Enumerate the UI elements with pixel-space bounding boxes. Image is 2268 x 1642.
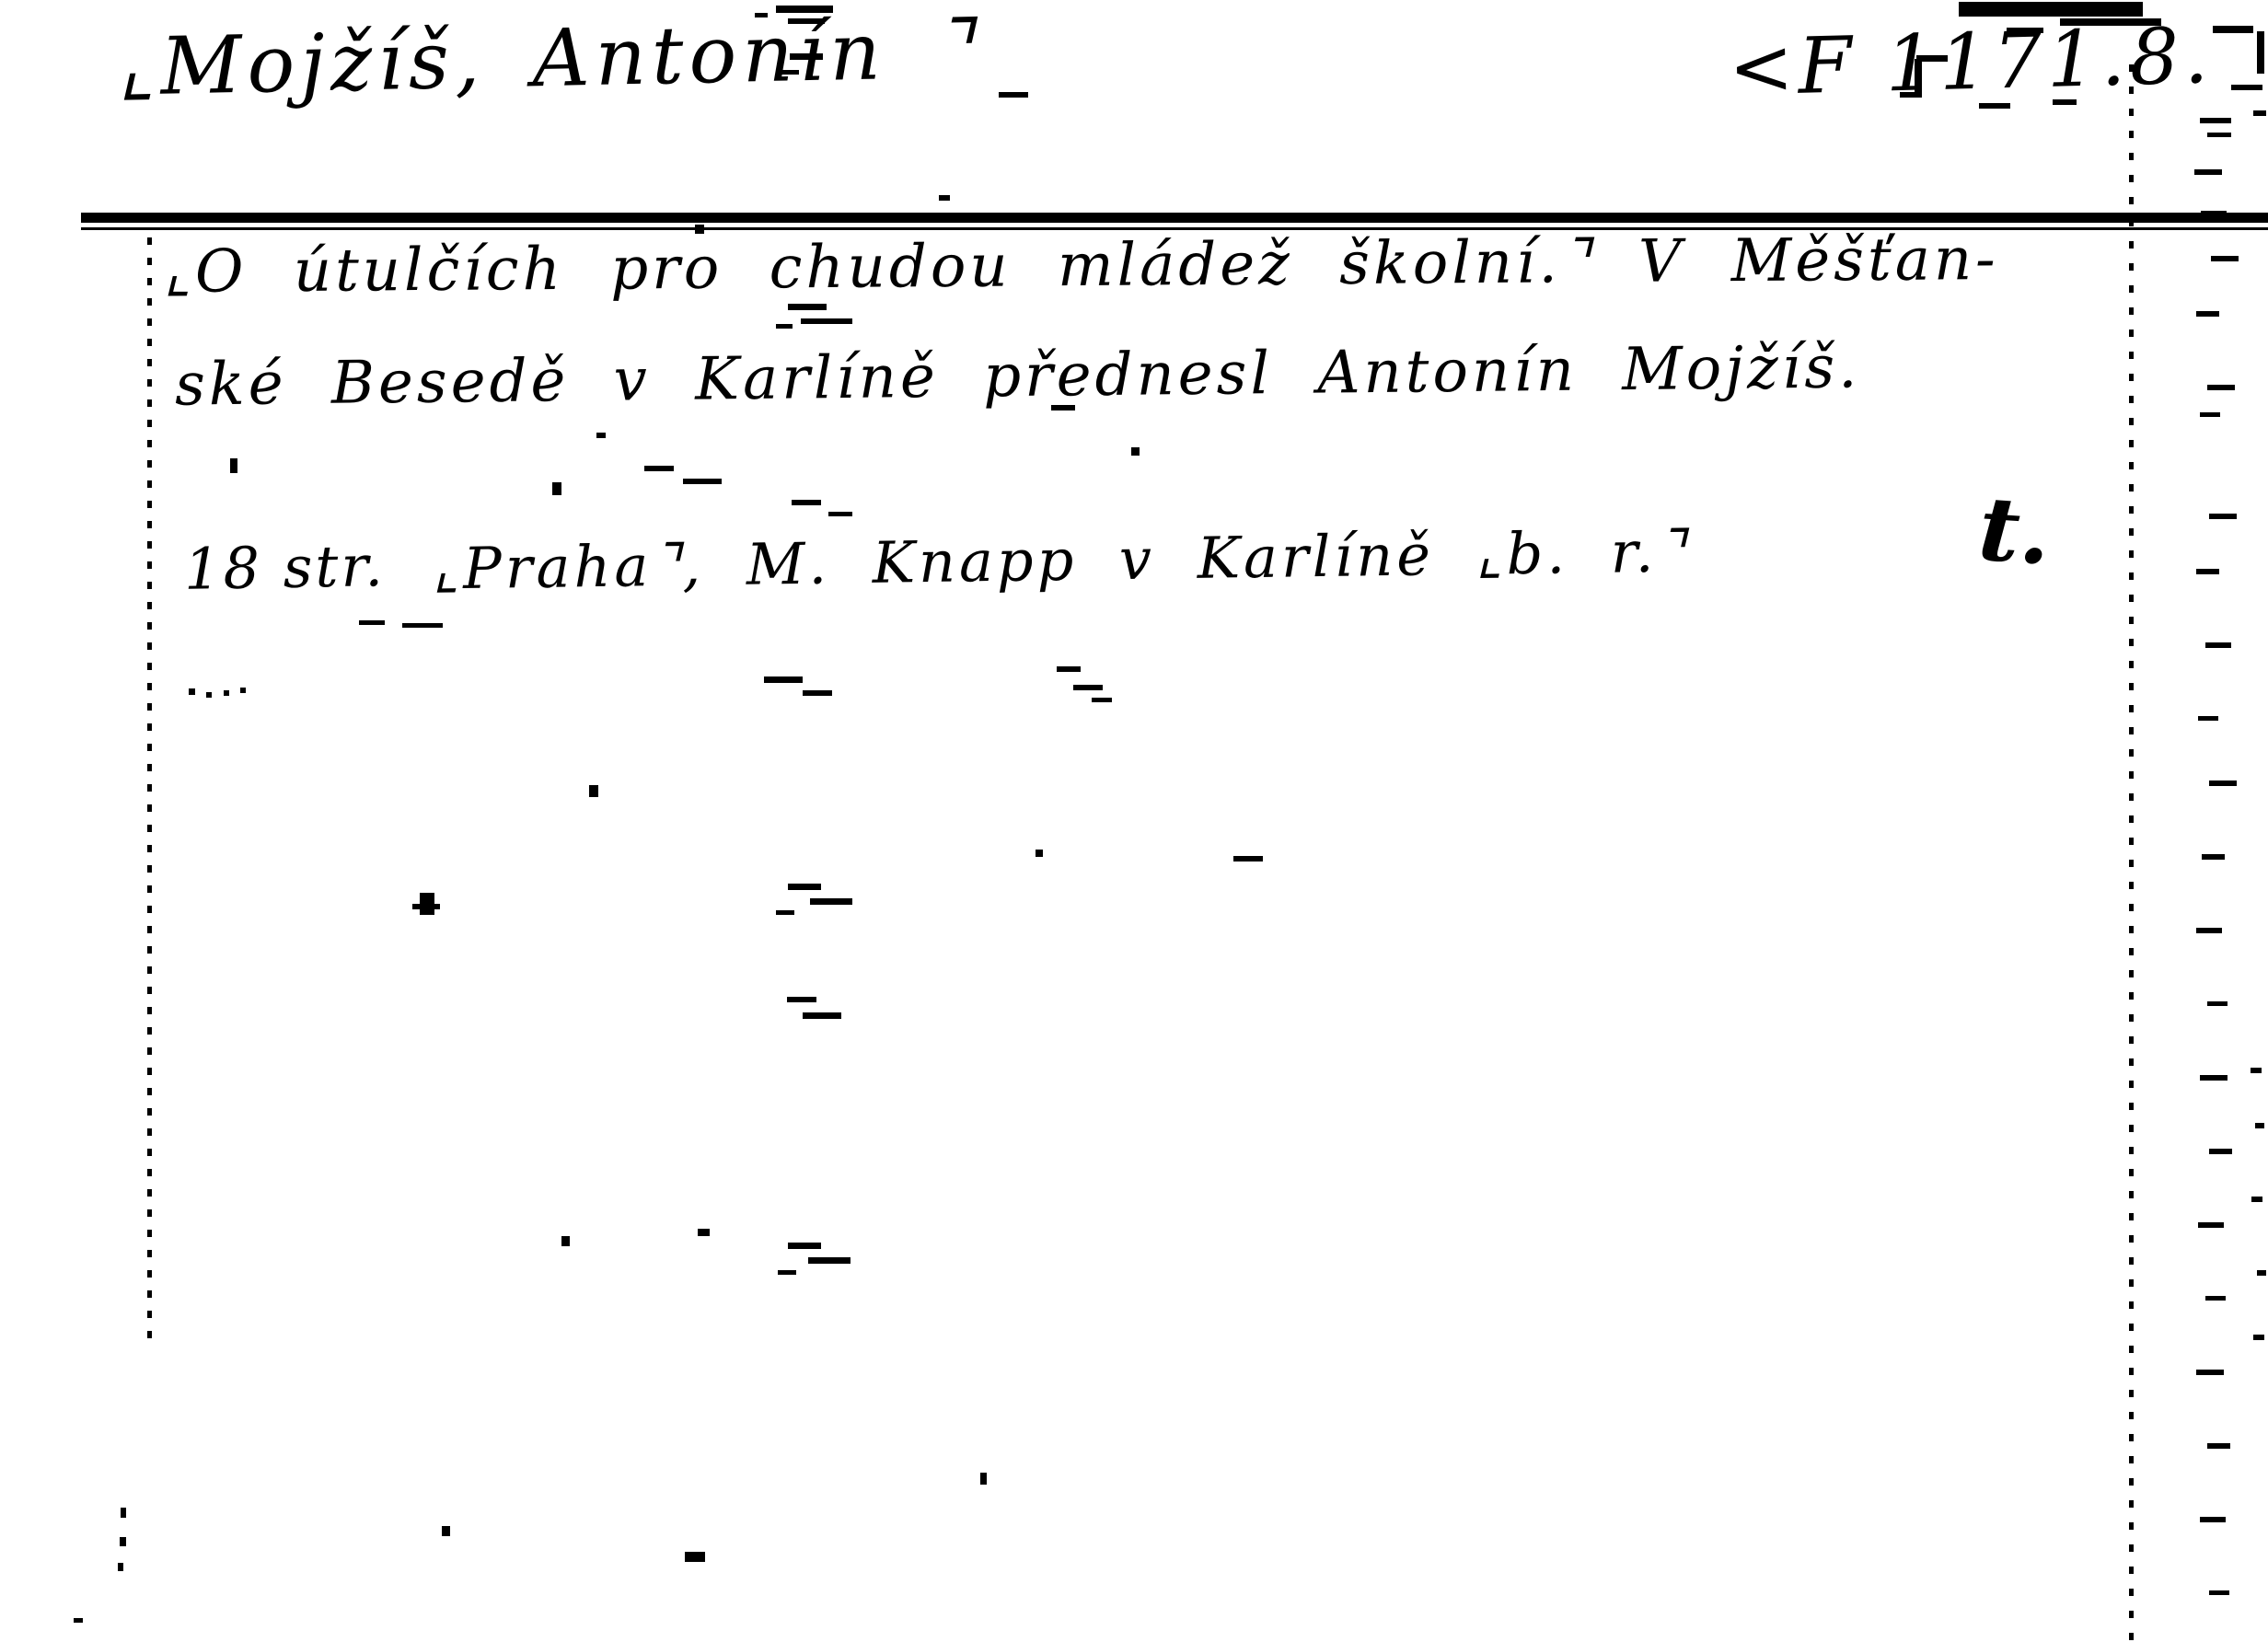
scan-noise-speck <box>2060 18 2161 26</box>
catalog-card-scan: ⌞Mojžíš, Antonín ⌝ <F 1171.8. ⌞O útulčíc… <box>0 0 2268 1642</box>
scan-noise-speck <box>2231 85 2262 90</box>
scan-noise-speck <box>2200 118 2231 123</box>
author-heading: ⌞Mojžíš, Antonín ⌝ <box>117 4 977 114</box>
scan-noise-speck <box>2251 1197 2262 1202</box>
scan-noise-speck <box>552 482 561 495</box>
scan-noise-speck <box>779 70 799 75</box>
scan-noise-speck <box>685 1552 705 1562</box>
scan-noise-speck <box>1979 103 2010 109</box>
scan-noise-speck <box>120 1537 126 1546</box>
scan-noise-speck <box>2196 569 2219 574</box>
scan-noise-speck <box>589 785 598 797</box>
scan-noise-speck <box>2255 1123 2264 1128</box>
scan-noise-speck <box>683 479 722 484</box>
scan-noise-speck <box>2209 1149 2232 1154</box>
scan-noise-speck <box>1036 850 1043 857</box>
scan-noise-speck <box>2202 854 2225 860</box>
scan-noise-speck <box>118 1563 123 1571</box>
scan-noise-speck <box>2200 1517 2226 1522</box>
scan-noise-speck <box>788 884 821 890</box>
scan-noise-speck <box>755 13 768 17</box>
scan-noise-speck <box>2257 31 2264 74</box>
scan-noise-speck <box>999 92 1028 98</box>
scan-noise-speck <box>2196 928 2222 933</box>
scan-noise-speck <box>778 1270 796 1275</box>
scan-noise-speck <box>1051 405 1075 410</box>
scan-noise-speck <box>1900 92 1920 98</box>
scan-noise-speck <box>2194 169 2222 175</box>
scan-noise-speck <box>561 1236 570 1246</box>
scan-noise-speck <box>1092 698 1112 702</box>
scan-noise-speck <box>808 1257 850 1264</box>
scan-noise-speck <box>121 1508 126 1518</box>
scan-noise-speck <box>2007 28 2043 33</box>
scan-noise-speck <box>810 898 852 905</box>
scan-noise-speck <box>2196 311 2219 317</box>
scan-noise-speck <box>776 6 833 13</box>
scan-noise-speck <box>189 688 195 695</box>
scan-noise-speck <box>2207 1001 2227 1006</box>
scan-noise-speck <box>788 18 825 24</box>
scan-noise-speck <box>801 318 852 324</box>
scan-noise-speck <box>240 688 246 693</box>
scan-noise-speck <box>695 225 704 234</box>
scan-noise-speck <box>596 433 606 438</box>
scan-noise-speck <box>2196 1370 2224 1375</box>
scan-noise-speck <box>803 690 832 696</box>
scan-noise-speck <box>206 692 212 698</box>
scan-noise-speck <box>2253 110 2266 116</box>
scan-noise-speck <box>2198 716 2218 721</box>
scan-noise-speck <box>2201 211 2227 216</box>
scan-noise-speck <box>2207 385 2235 390</box>
scan-noise-speck <box>1959 2 2143 17</box>
scan-noise-speck <box>2209 514 2237 519</box>
scan-noise-speck <box>2207 1443 2230 1449</box>
scan-noise-speck <box>788 1243 821 1249</box>
scan-noise-speck <box>939 195 950 201</box>
title-annotation-line2: ské Besedě v Karlíně přednesl Antonín Mo… <box>175 333 1861 419</box>
scan-noise-speck <box>788 304 827 310</box>
scan-noise-speck <box>412 904 440 909</box>
scan-noise-speck <box>2207 133 2231 137</box>
scan-noise-speck <box>2198 1222 2224 1228</box>
imprint-statement: ⌞Praha⌝, M. Knapp v Karlíně ⌞b. r.⌝ <box>433 517 1688 602</box>
scan-noise-speck <box>2257 1270 2266 1276</box>
card-dotted-border-left <box>147 237 152 1342</box>
scan-noise-speck <box>2213 26 2253 33</box>
scan-noise-speck <box>776 910 794 915</box>
header-rule-thick <box>81 213 2268 223</box>
scan-noise-speck <box>644 466 674 471</box>
scan-noise-speck <box>828 512 852 516</box>
scan-noise-speck <box>402 623 443 628</box>
scan-noise-speck <box>776 324 793 329</box>
scan-noise-speck <box>442 1526 450 1536</box>
scan-noise-speck <box>2205 1296 2226 1301</box>
scan-noise-speck <box>2200 1075 2227 1081</box>
scan-noise-speck <box>790 53 823 60</box>
scan-noise-speck <box>74 1618 83 1623</box>
scan-noise-speck <box>792 500 821 505</box>
scan-noise-speck <box>2209 1590 2229 1595</box>
format-mark: t. <box>1975 476 2054 584</box>
scan-noise-speck <box>803 1012 841 1019</box>
scan-noise-speck <box>1233 856 1263 861</box>
scan-noise-speck <box>224 690 229 696</box>
scan-noise-speck <box>230 458 237 473</box>
scan-noise-speck <box>764 676 803 683</box>
scan-noise-speck <box>359 620 385 625</box>
scan-noise-speck <box>2205 642 2231 648</box>
scan-noise-speck <box>980 1473 987 1485</box>
scan-noise-speck <box>2209 781 2237 786</box>
scan-noise-speck <box>2251 1068 2262 1073</box>
scan-noise-speck <box>1073 685 1103 690</box>
scan-noise-speck <box>1057 666 1081 672</box>
scan-noise-speck <box>698 1229 710 1236</box>
scan-noise-speck <box>2253 1335 2264 1340</box>
title-annotation-line1: ⌞O útulčích pro chudou mládež školní.⌝ V… <box>164 225 1999 306</box>
card-dotted-border-right <box>2129 64 2134 1642</box>
scan-noise-speck <box>2200 412 2220 417</box>
scan-noise-speck <box>787 997 816 1002</box>
scan-noise-speck <box>2211 256 2239 261</box>
scan-noise-speck <box>2053 99 2077 105</box>
extent-pages: 18 str. <box>183 532 386 603</box>
scan-noise-speck <box>1131 447 1140 456</box>
